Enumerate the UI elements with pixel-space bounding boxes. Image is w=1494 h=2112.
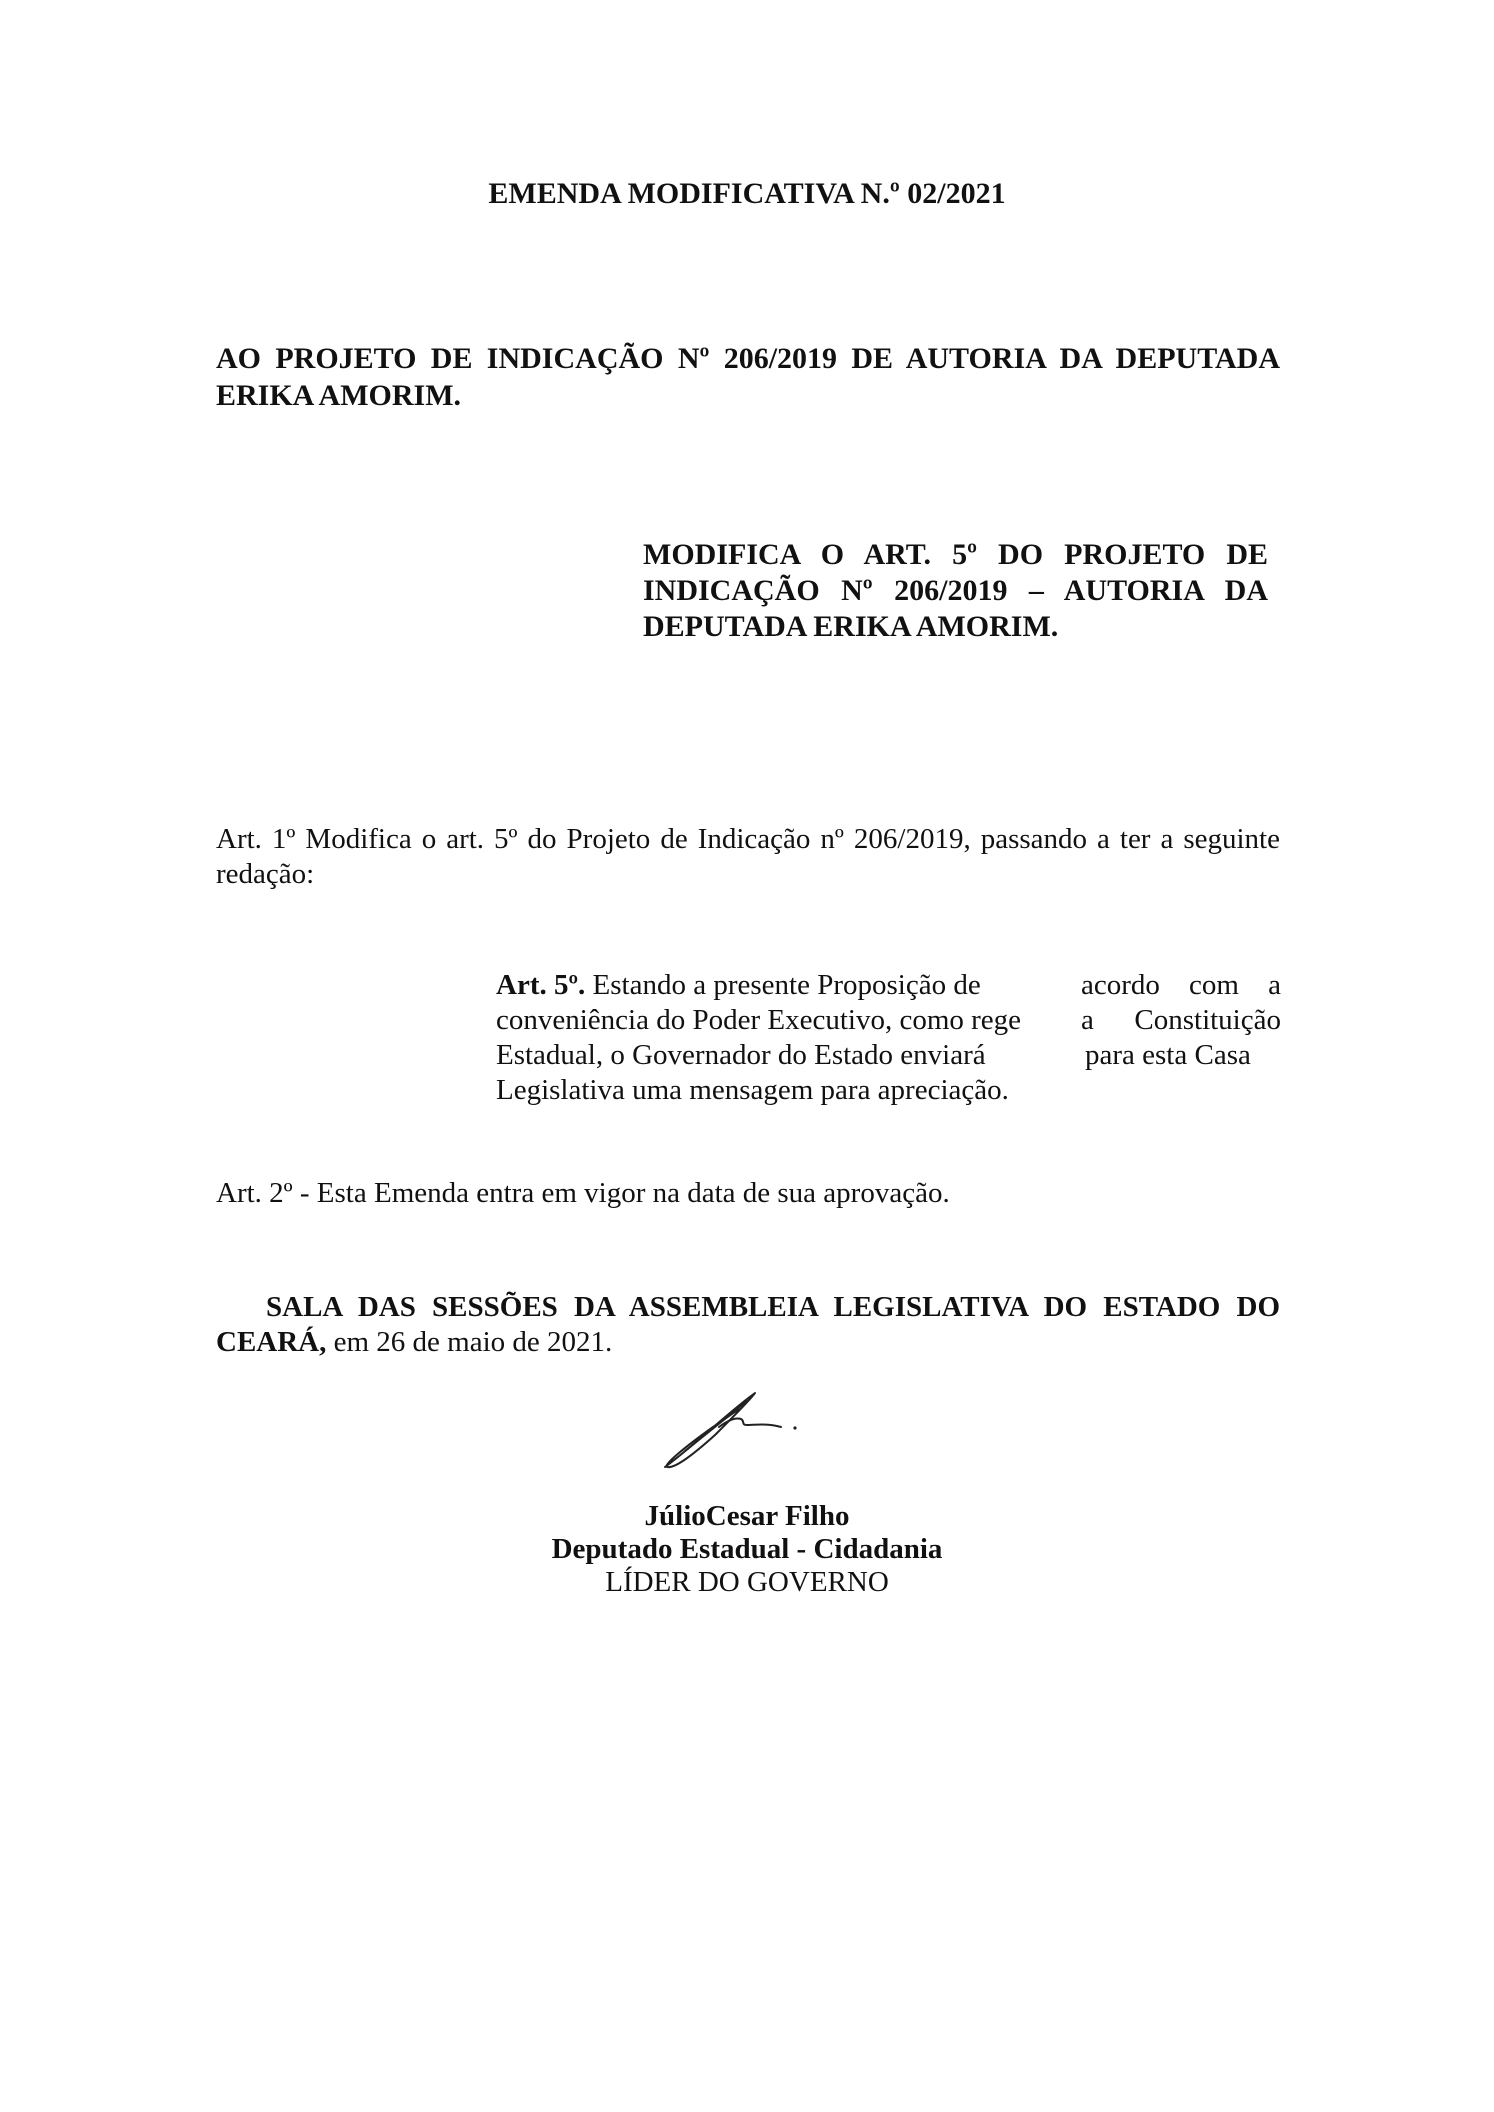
article-5-row: Art. 5º. Estando a presente Proposição d… xyxy=(496,968,1281,1003)
closing-line-1: SALA DAS SESSÕES DA ASSEMBLEIA LEGISLATI… xyxy=(216,1290,1280,1325)
article-5-row-right: a Constituição xyxy=(1081,1003,1281,1038)
article-1: Art. 1º Modifica o art. 5º do Projeto de… xyxy=(216,822,1280,892)
article-1-line-1: Art. 1º Modifica o art. 5º do Projeto de… xyxy=(216,822,1280,857)
ementa-line-2: INDICAÇÃO Nº 206/2019 – AUTORIA DA xyxy=(643,573,1268,609)
ementa-line-3: DEPUTADA ERIKA AMORIM. xyxy=(643,609,1268,645)
subject-line-1: AO PROJETO DE INDICAÇÃO Nº 206/2019 DE A… xyxy=(216,340,1280,377)
article-5-row-left: Legislativa uma mensagem para apreciação… xyxy=(496,1073,1009,1108)
article-5-row: conveniência do Poder Executivo, como re… xyxy=(496,1003,1281,1038)
handwritten-signature-icon xyxy=(655,1385,825,1475)
article-5-text: Estando a presente Proposição de xyxy=(585,969,980,1001)
article-5-quote: Art. 5º. Estando a presente Proposição d… xyxy=(496,968,1281,1108)
ementa-summary: MODIFICA O ART. 5º DO PROJETO DE INDICAÇ… xyxy=(643,537,1268,645)
closing-place: CEARÁ, xyxy=(216,1326,326,1358)
document-title: EMENDA MODIFICATIVA N.º 02/2021 xyxy=(0,176,1494,211)
article-5-row-right: acordo com a xyxy=(1063,968,1281,1003)
article-5-row-left: Estadual, o Governador do Estado enviará xyxy=(496,1038,986,1073)
subject-heading: AO PROJETO DE INDICAÇÃO Nº 206/2019 DE A… xyxy=(216,340,1280,414)
article-5-row-left: conveniência do Poder Executivo, como re… xyxy=(496,1003,1021,1038)
article-5-row-right: para esta Casa xyxy=(1085,1038,1281,1073)
article-5-label: Art. 5º. xyxy=(496,969,585,1001)
signer-role: Deputado Estadual - Cidadania xyxy=(0,1533,1494,1566)
ementa-line-1: MODIFICA O ART. 5º DO PROJETO DE xyxy=(643,537,1268,573)
signer-name: JúlioCesar Filho xyxy=(0,1500,1494,1533)
closing-statement: SALA DAS SESSÕES DA ASSEMBLEIA LEGISLATI… xyxy=(216,1290,1280,1360)
subject-line-2: ERIKA AMORIM. xyxy=(216,377,1280,414)
article-5-row-left: Art. 5º. Estando a presente Proposição d… xyxy=(496,968,981,1003)
article-5-row-right xyxy=(1081,1073,1281,1108)
closing-date: em 26 de maio de 2021. xyxy=(326,1326,612,1358)
closing-line-2: CEARÁ, em 26 de maio de 2021. xyxy=(216,1325,1280,1360)
document-page: EMENDA MODIFICATIVA N.º 02/2021 AO PROJE… xyxy=(0,0,1494,2112)
article-5-row: Estadual, o Governador do Estado enviará… xyxy=(496,1038,1281,1073)
article-5-row: Legislativa uma mensagem para apreciação… xyxy=(496,1073,1281,1108)
article-1-line-2: redação: xyxy=(216,857,1280,892)
signer-title: LÍDER DO GOVERNO xyxy=(0,1566,1494,1599)
article-2: Art. 2º - Esta Emenda entra em vigor na … xyxy=(216,1176,1280,1211)
signer-block: JúlioCesar Filho Deputado Estadual - Cid… xyxy=(0,1500,1494,1599)
